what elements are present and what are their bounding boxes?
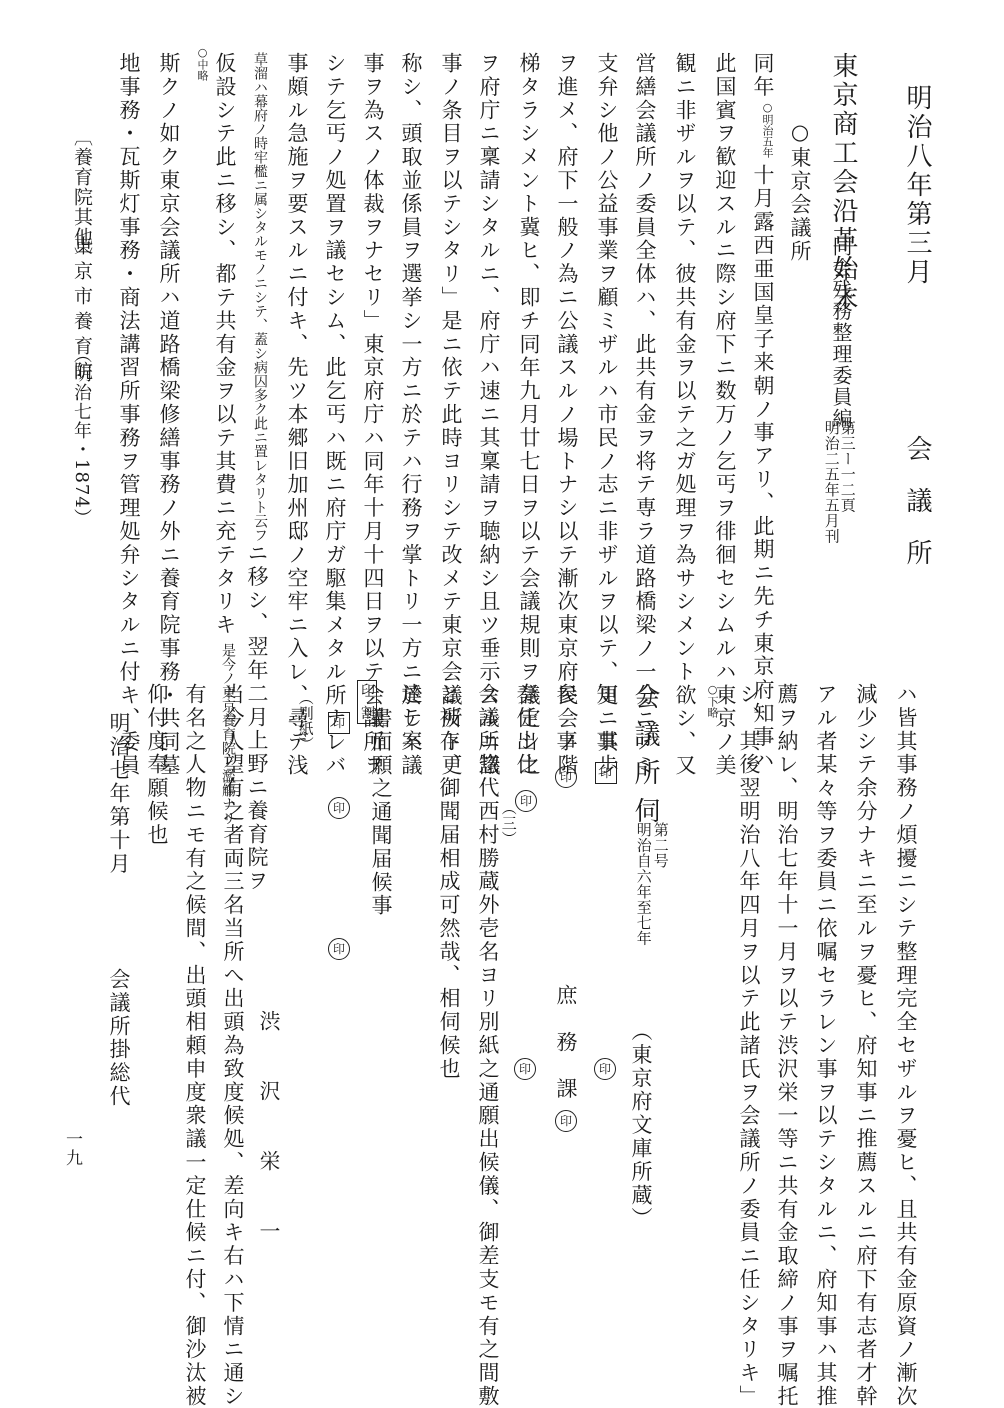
draft-label: 達し案 <box>400 683 421 753</box>
source-ref-date: 明治二五年五月刊 <box>823 420 839 544</box>
petition-line: と被存、御聞届相成可然哉、相伺候也 <box>438 683 459 1081</box>
body-line: シテ乞丐ノ処置ヲ議セシム、此乞丐ハ既ニ府庁ガ駆集メタル所ナレバ <box>324 52 345 777</box>
continuation-line: アル者某々等ヲ委員ニ依嘱セラレン事ヲ以テシタルニ、府知事ハ其推 <box>815 683 836 1408</box>
inline-note: ○明治五年 <box>761 101 773 158</box>
draft-seal: 印 <box>328 938 350 960</box>
entity-header: 会議所 <box>904 435 930 591</box>
official-title: 参 事 <box>554 683 578 753</box>
round-seal-icon: 印 <box>514 1058 536 1080</box>
date-header: 明治八年第三月 <box>904 84 930 287</box>
official-governor: 知 事 印 <box>595 683 617 784</box>
annotation-mark: （三） <box>500 800 516 847</box>
tally-seal-char: 印 <box>359 683 375 699</box>
body-prefix: 同年 <box>751 52 775 99</box>
closing-date: 明治七年第十月 <box>108 712 129 876</box>
attachment-line: 有名之人物ニモ有之候間、出頭相頼申度衆議一定仕候ニ付、御沙汰被 <box>184 683 205 1408</box>
attachment-label: （別紙） <box>297 690 313 752</box>
document-number: 第二号 <box>652 822 668 869</box>
round-seal-icon: 印 <box>555 766 577 788</box>
round-seal-icon: 印 <box>594 1058 616 1080</box>
official-appointed: 奏任出仕 印 <box>515 683 537 812</box>
attachment-line: 仰付度奉願候也 <box>146 683 167 847</box>
inline-note-line: 五年 <box>761 136 774 158</box>
omission-note: ○中略 <box>197 46 208 81</box>
square-seal-icon: 印 <box>328 712 350 734</box>
official-councillor: 参 事 印 <box>555 683 577 788</box>
signatory: 渋 沢 栄 一 <box>258 1010 279 1255</box>
document-title: 会議所伺 <box>632 683 658 835</box>
draft-seal: 印 <box>328 712 350 734</box>
round-seal-icon: 印 <box>515 790 537 812</box>
continuation-line: シ、其後翌明治八年四月ヲ以テ此諸氏ヲ会議所ノ委員ニ任シタリキ」 <box>738 683 759 1408</box>
omission-note: ○下略 <box>707 683 718 718</box>
body-line: 事ヲ為スノ体裁ヲナセリ」東京府庁ハ同年十月十四日ヲ以テ会議所ヲ <box>362 52 383 777</box>
body-text: 十月露西亜国皇子来朝ノ事アリ、此期ニ先チ東京府知事ハ <box>751 164 775 772</box>
body-line: 事頗ル急施ヲ要スルニ付キ、先ツ本郷旧加州邸ノ空牢ニ入レ、尋デ浅 <box>286 52 307 777</box>
body-line: 斯クノ如ク東京会議所ハ道路橋梁修繕事務ノ外ニ養育院事務・共同墓 <box>158 52 179 777</box>
inline-note-line: ○明治 <box>761 101 774 136</box>
closing-signer: 会議所掛総代 <box>108 968 129 1108</box>
continuation-line: 薦ヲ納レ、明治七年十一月ヲ以テ渋沢栄一等ニ共有金取締ノ事ヲ嘱托 <box>776 683 797 1408</box>
round-seal-icon: 印 <box>555 1110 577 1132</box>
draft-seal: 印 <box>328 797 350 819</box>
body-line: 称シ、頭取並係員ヲ選挙シ一方ニ於テハ行務ヲ掌トリ一方ニ於テハ議 <box>400 52 421 777</box>
official-title: 知 事 <box>594 683 618 753</box>
section-heading: ○東京会議所 <box>789 120 810 263</box>
page-number: 一九 <box>63 1130 80 1168</box>
body-line: 事ノ条目ヲ以テシタリ」是ニ依テ此時ヨリシテ改メテ東京会議所ト更 <box>440 52 461 777</box>
general-affairs-dept: 庶 務 課 印 <box>555 984 577 1132</box>
document-years: 明治自六年至七年 <box>635 822 651 946</box>
footer-date: （明治七年・1874） <box>72 345 90 528</box>
square-seal-icon: 印 <box>595 762 617 784</box>
body-line: 梯タラシメント冀ヒ、即チ同年九月廿七日ヲ以テ会議規則ヲ議定シ之 <box>518 52 539 777</box>
body-line: ヲ府庁ニ稟請シタルニ、府庁ハ速ニ其稟請ヲ聴納シ且ツ垂示スルニ議 <box>478 52 499 777</box>
official-title: 奏任出仕 <box>514 683 538 777</box>
body-line: 同年○明治五年十月露西亜国皇子来朝ノ事アリ、此期ニ先チ東京府知事ハ <box>752 52 773 772</box>
body-line: 営繕会議所ノ委員全体ハ、此共有金ヲ将テ専ラ道路橋梁ノ一分ニノミ <box>634 52 655 777</box>
round-seal-icon: 印 <box>328 938 350 960</box>
body-line: 支弁シ他ノ公益事業ヲ顧ミザルハ市民ノ志ニ非ザルヲ以テ、更ニ其歩 <box>596 52 617 777</box>
continuation-line: 減少シテ余分ナキニ至ルヲ憂ヒ、府知事ニ推薦スルニ府下有志者才幹 <box>855 683 876 1408</box>
body-line: 観ニ非ザルヲ以テ、彼共有金ヲ以テ之ガ処理ヲ為サシメント欲シ、又 <box>674 52 695 777</box>
source-ref-page: 第三ー一二頁 <box>839 420 855 513</box>
attachment-line: 当今人望有之者両三名当所へ出頭為致度候処、差向キ右ハ下情ニ通シ <box>222 683 243 1408</box>
body-line: 草溜ハ幕府ノ時牢檻ニ属シタルモノニシテ、蓋シ病囚多ク此ニ置レタリト云フニ移シ、翌… <box>246 52 267 893</box>
draft-text: 書面願之通聞届候事 <box>370 707 391 918</box>
inline-note-line: テ、蓋シ病囚多ク此ニ置レタリト云フ <box>252 304 268 542</box>
inline-note: 草溜ハ幕府ノ時牢檻ニ属シタルモノニシテ、蓋シ病囚多ク此ニ置レタリト云フ <box>252 52 267 542</box>
continuation-line: ハ皆其事務ノ煩擾ニシテ整理完全セザルヲ憂ヒ、且共有金原資ノ漸次 <box>895 683 916 1408</box>
inline-note-line: 草溜ハ幕府ノ時牢檻ニ属シタルモノニシ <box>252 52 268 304</box>
petition-line: 会議所惣代西村勝蔵外壱名ヨリ別紙之通願出候儀、御差支モ有之間敷 <box>477 683 498 1408</box>
body-line: 此国賓ヲ歓迎スルニ際シ府下ニ数万ノ乞丐ヲ徘徊セシムルハ東京ノ美 <box>714 52 735 777</box>
dept-label: 庶 務 課 <box>554 984 578 1101</box>
body-text: 仮設シテ此ニ移シ、都テ共有金ヲ以テ其費ニ充テタリキ <box>213 52 237 637</box>
body-line: 地事務・瓦斯灯事務・商法講習所事務ヲ管理処弁シタルニ付キ、委員 <box>118 52 139 777</box>
source-editor: 同会残務整理委員編 <box>831 236 851 430</box>
archive-source: （東京府文庫所蔵） <box>630 1020 651 1231</box>
body-text: ニ移シ、翌年二月上野ニ養育院ヲ <box>245 542 269 893</box>
body-line: ヲ進メ、府下一般ノ為ニ公議スルノ場トナシ以テ漸次東京府民会ノ階 <box>556 52 577 777</box>
right-seal: 印 <box>514 1058 536 1080</box>
round-seal-icon: 印 <box>328 797 350 819</box>
right-seal: 印 <box>594 1058 616 1080</box>
